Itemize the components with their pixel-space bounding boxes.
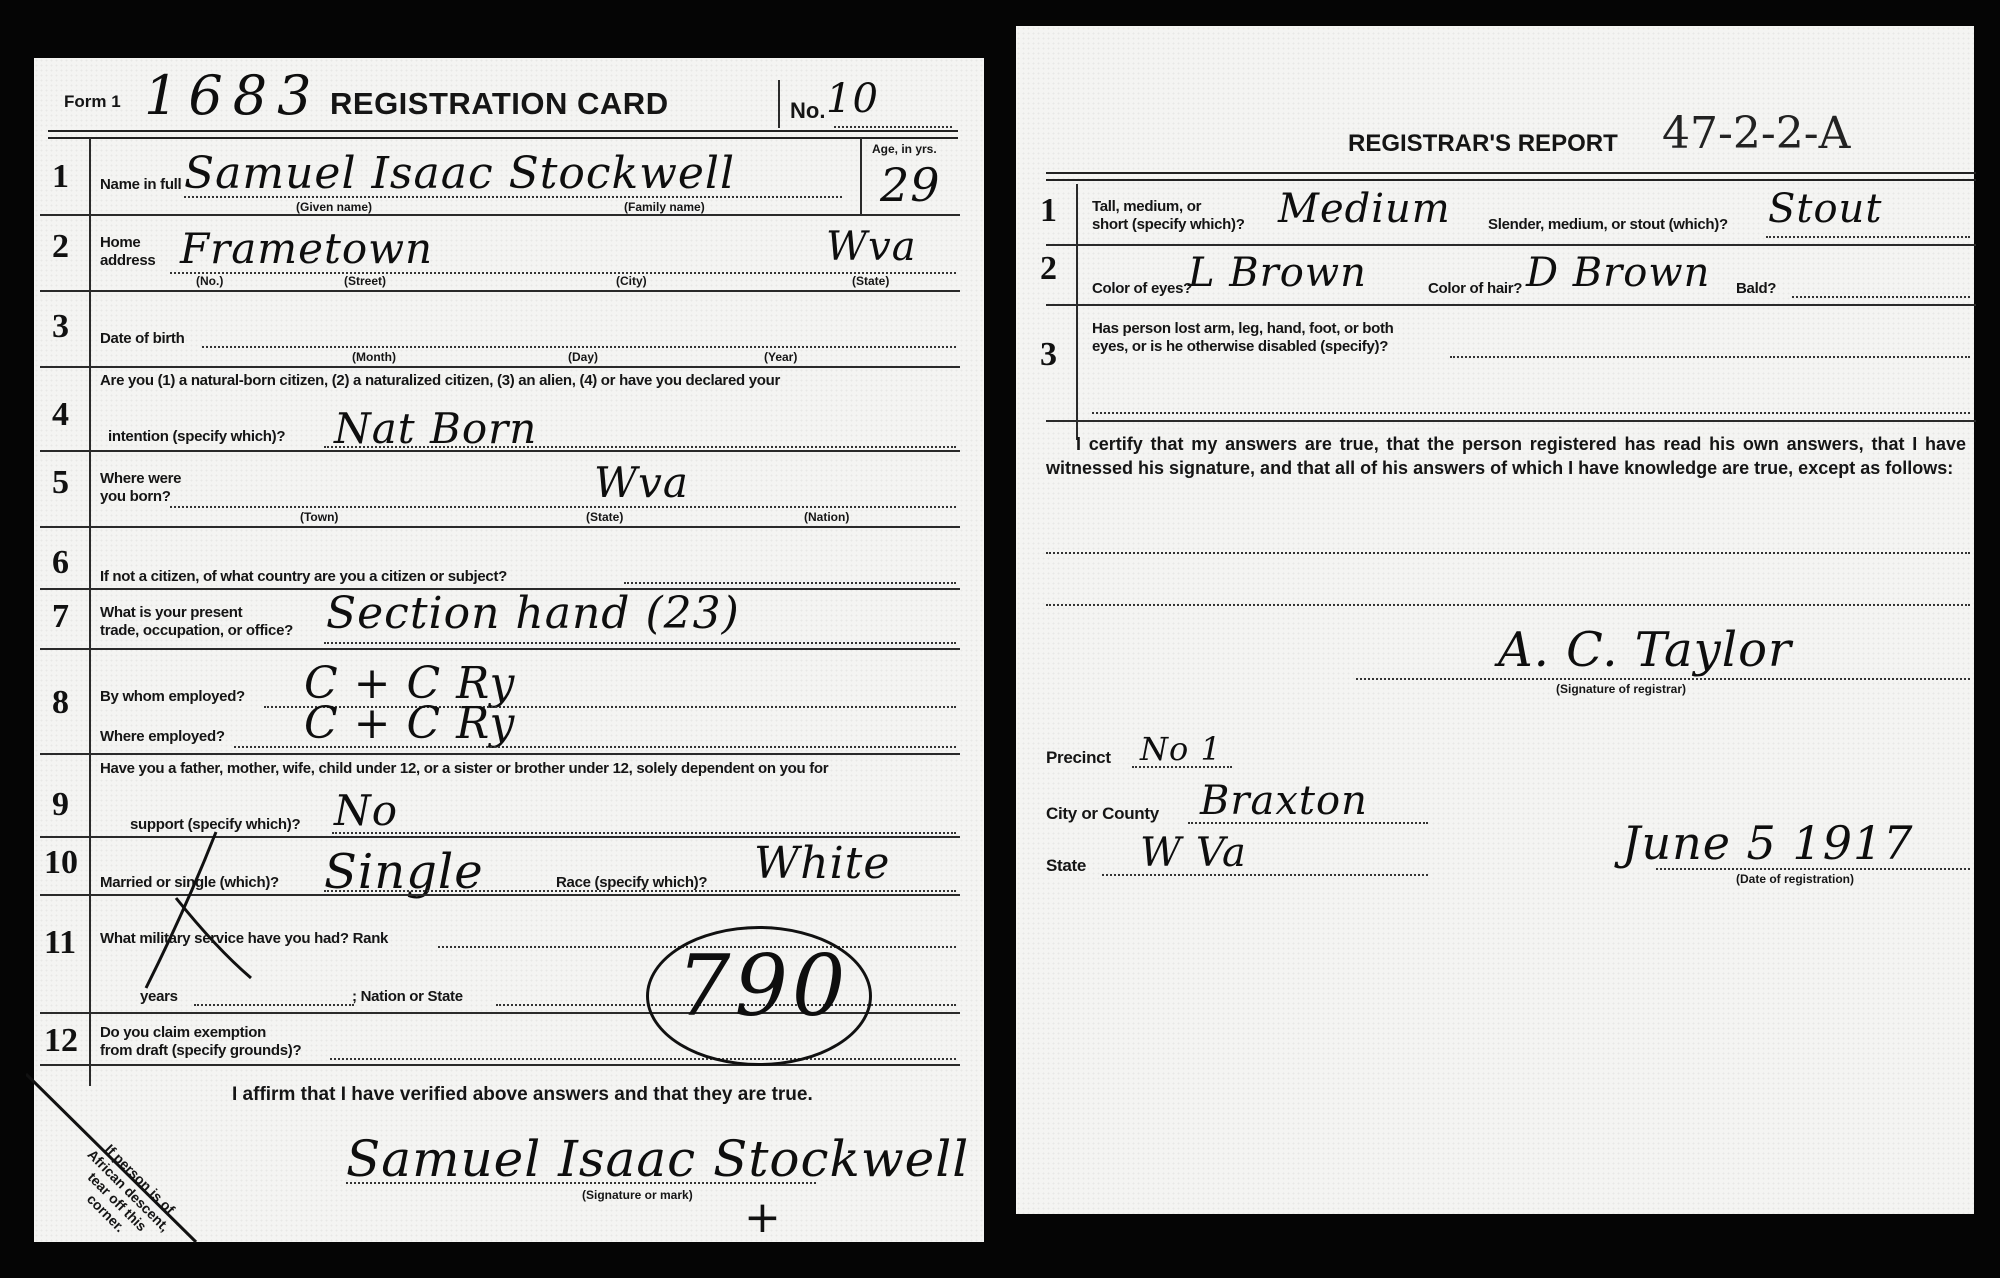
state-caption-2: (State) — [586, 510, 623, 524]
family-name-caption: (Family name) — [624, 200, 705, 214]
street-caption: (Street) — [344, 274, 386, 288]
state-caption: (State) — [852, 274, 889, 288]
card-title: REGISTRATION CARD — [330, 86, 669, 122]
signature-caption: (Signature or mark) — [582, 1188, 693, 1202]
day-caption: (Day) — [568, 350, 598, 364]
state-value: W Va — [1140, 830, 1247, 876]
eye-color-label: Color of eyes? — [1092, 280, 1192, 297]
order-number-value: 790 — [677, 937, 849, 1035]
row-number-1: 1 — [52, 158, 69, 196]
row-number-7: 7 — [52, 598, 69, 636]
age-value: 29 — [880, 158, 941, 212]
registrar-signature: A. C. Taylor — [1498, 622, 1792, 678]
eye-color-value: L Brown — [1188, 250, 1367, 296]
foreign-citizenship-label: If not a citizen, of what country are yo… — [100, 568, 507, 585]
birthplace-value: Wva — [594, 458, 689, 507]
birthplace-label-b: you born? — [100, 488, 171, 505]
citizenship-question: Are you (1) a natural-born citizen, (2) … — [100, 372, 780, 389]
cross-out-mark — [126, 828, 266, 998]
serial-number: 1683 — [144, 64, 321, 127]
circled-order-number: 790 — [646, 926, 872, 1066]
name-label: Name in full — [100, 176, 181, 193]
nation-caption: (Nation) — [804, 510, 849, 524]
height-label-a: Tall, medium, or — [1092, 198, 1201, 215]
dependents-value: No — [334, 786, 398, 835]
report-row-number-2: 2 — [1040, 250, 1057, 288]
registrant-mark: + — [744, 1192, 781, 1243]
report-row-number-1: 1 — [1040, 192, 1057, 230]
build-value: Stout — [1768, 186, 1882, 232]
report-title: REGISTRAR'S REPORT — [1348, 130, 1618, 158]
dependents-question: Have you a father, mother, wife, child u… — [100, 760, 828, 777]
row-number-4: 4 — [52, 396, 69, 434]
hair-color-label: Color of hair? — [1428, 280, 1522, 297]
height-value: Medium — [1278, 186, 1451, 232]
hair-color-value: D Brown — [1526, 250, 1710, 296]
disability-label-a: Has person lost arm, leg, hand, foot, or… — [1092, 320, 1394, 337]
year-caption: (Year) — [764, 350, 797, 364]
row-number-11: 11 — [44, 924, 76, 962]
affirmation-text: I affirm that I have verified above answ… — [232, 1084, 813, 1106]
registrar-signature-caption: (Signature of registrar) — [1556, 682, 1686, 696]
given-name-caption: (Given name) — [296, 200, 372, 214]
row-number-8: 8 — [52, 684, 69, 722]
height-label-b: short (specify which)? — [1092, 216, 1245, 233]
address-label: address — [100, 252, 155, 269]
month-caption: (Month) — [352, 350, 396, 364]
race-label: Race (specify which)? — [556, 874, 707, 891]
home-state-value: Wva — [826, 224, 917, 270]
dob-label: Date of birth — [100, 330, 184, 347]
row-number-5: 5 — [52, 464, 69, 502]
military-years-label: years — [140, 988, 178, 1005]
certification-text: I certify that my answers are true, that… — [1046, 432, 1966, 480]
employment-place-label: Where employed? — [100, 728, 225, 745]
row-number-12: 12 — [44, 1022, 78, 1060]
bald-label: Bald? — [1736, 280, 1776, 297]
military-rank-label: What military service have you had? Rank — [100, 930, 388, 947]
row-number-2: 2 — [52, 228, 69, 266]
name-value: Samuel Isaac Stockwell — [184, 148, 735, 199]
precinct-value: No 1 — [1140, 730, 1222, 768]
row-number-6: 6 — [52, 544, 69, 582]
registration-date-caption: (Date of registration) — [1736, 872, 1854, 886]
row-number-3: 3 — [52, 308, 69, 346]
city-caption: (City) — [616, 274, 647, 288]
county-label: City or County — [1046, 804, 1159, 824]
row-number-9: 9 — [52, 786, 69, 824]
registration-date-value: June 5 1917 — [1622, 816, 1914, 870]
birthplace-label-a: Where were — [100, 470, 181, 487]
employment-place-value: C + C Ry — [304, 698, 515, 749]
county-value: Braxton — [1200, 778, 1368, 824]
exemption-label-b: from draft (specify grounds)? — [100, 1042, 301, 1059]
military-nation-label: ; Nation or State — [352, 988, 463, 1005]
registrars-report-card: REGISTRAR'S REPORT 47-2-2-A 1 Tall, medi… — [1016, 26, 1974, 1214]
registration-card: Form 1 1683 REGISTRATION CARD No. 10 1 N… — [34, 58, 984, 1242]
employer-label: By whom employed? — [100, 688, 245, 705]
town-caption: (Town) — [300, 510, 338, 524]
occupation-value: Section hand (23) — [326, 588, 740, 639]
precinct-label: Precinct — [1046, 748, 1111, 768]
disability-label-b: eyes, or is he otherwise disabled (speci… — [1092, 338, 1388, 355]
exemption-label-a: Do you claim exemption — [100, 1024, 266, 1041]
occupation-label-b: trade, occupation, or office? — [100, 622, 293, 639]
report-code: 47-2-2-A — [1662, 108, 1850, 159]
report-row-number-3: 3 — [1040, 336, 1057, 374]
race-value: White — [754, 838, 890, 889]
registrant-signature: Samuel Isaac Stockwell — [346, 1130, 969, 1188]
age-label: Age, in yrs. — [872, 142, 937, 156]
no-caption: (No.) — [196, 274, 223, 288]
number-label: No. — [790, 98, 825, 124]
home-city-value: Frametown — [180, 224, 433, 273]
state-label: State — [1046, 856, 1086, 876]
form-label: Form 1 — [64, 92, 121, 112]
citizenship-label: intention (specify which)? — [108, 428, 285, 445]
home-label: Home — [100, 234, 140, 251]
occupation-label-a: What is your present — [100, 604, 242, 621]
row-number-10: 10 — [44, 844, 78, 882]
build-label: Slender, medium, or stout (which)? — [1488, 216, 1728, 233]
number-value: 10 — [826, 76, 879, 122]
